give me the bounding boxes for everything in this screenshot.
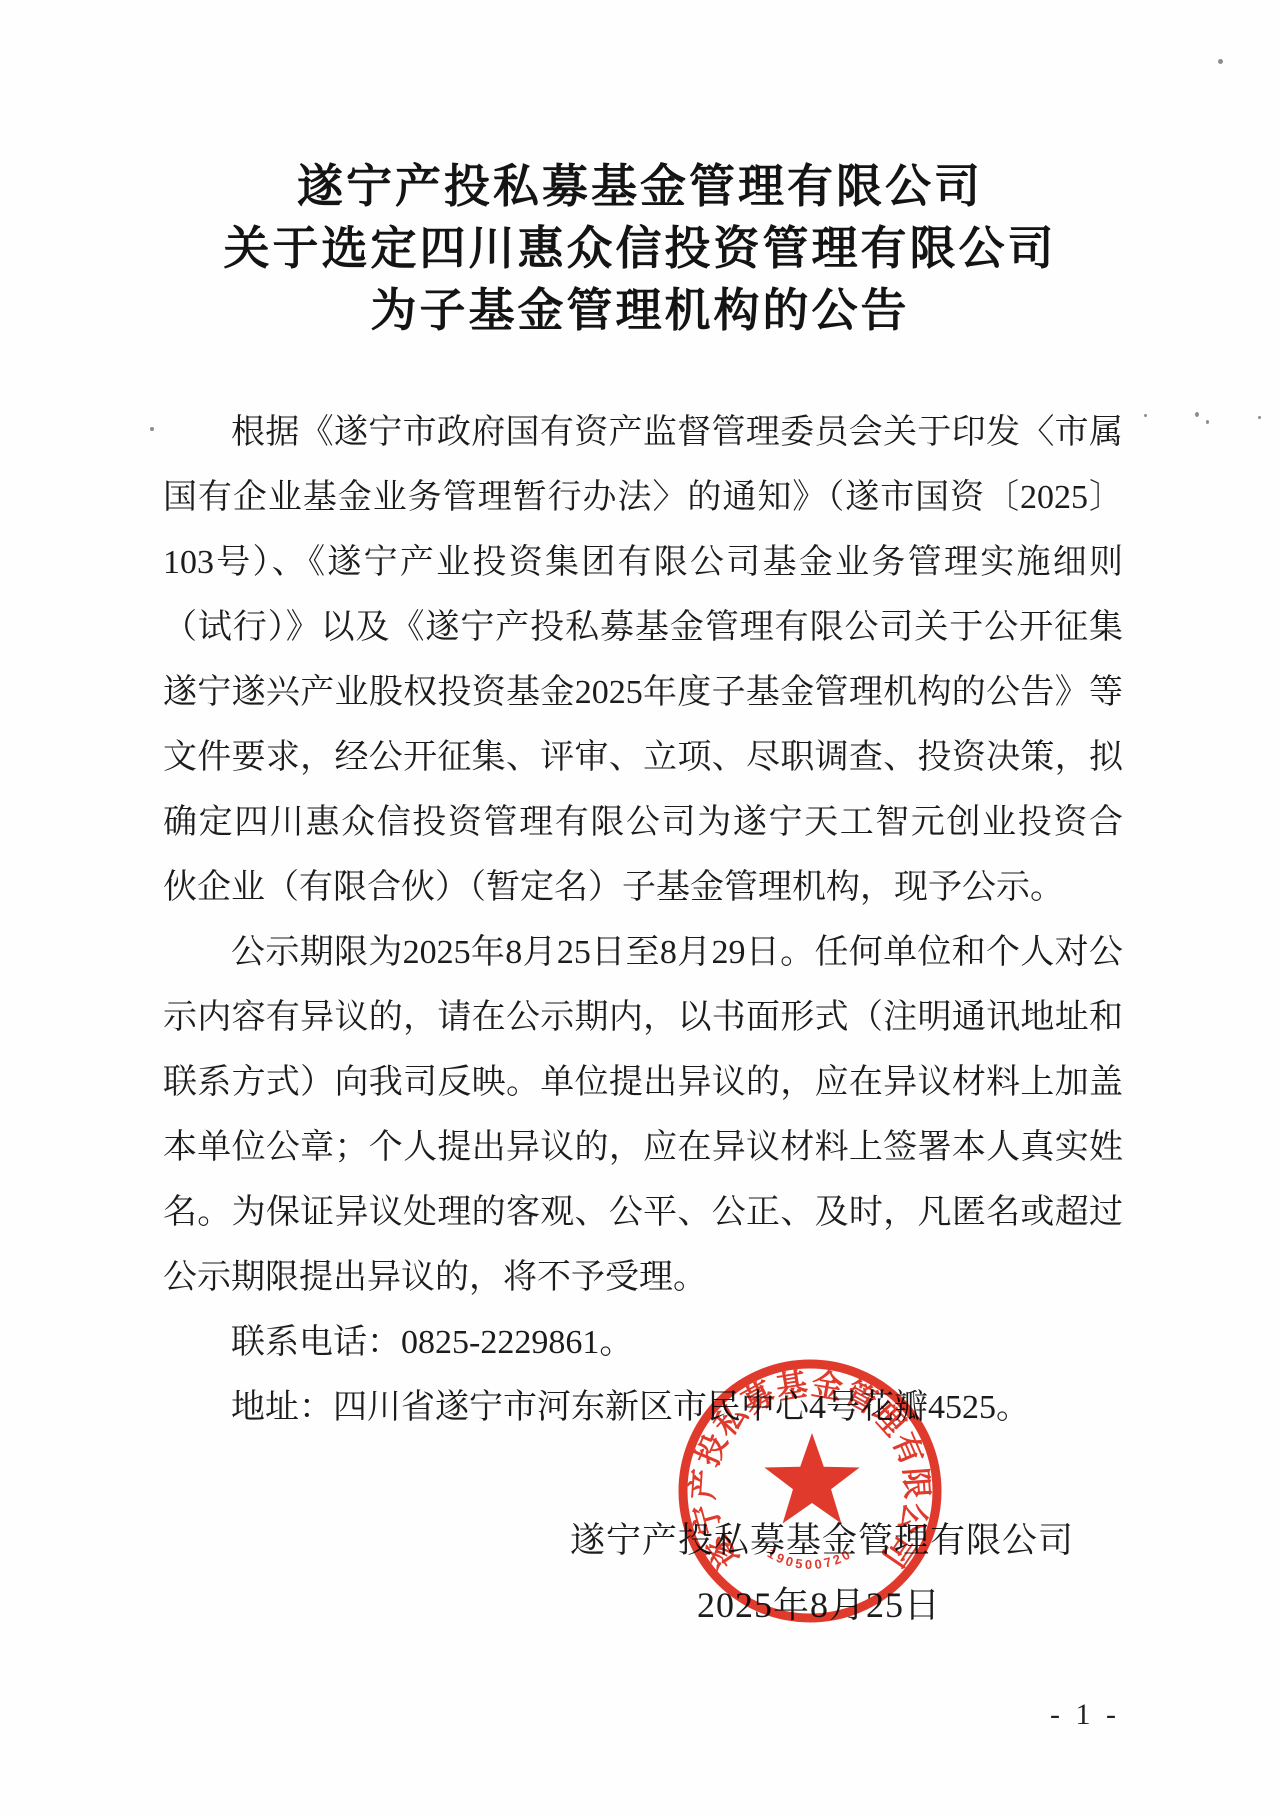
scan-artifact — [150, 427, 154, 431]
official-seal: 遂宁产投私募基金管理有限公司 51905007202 — [675, 1356, 945, 1626]
body-line: 遂宁遂兴产业股权投资基金2025年度子基金管理机构的公告》等 — [163, 660, 1123, 725]
title-line-2: 关于选定四川惠众信投资管理有限公司 — [0, 218, 1280, 280]
body-line: 国有企业基金业务管理暂行办法〉的通知》（遂市国资〔2025〕 — [163, 465, 1123, 530]
body-line: 根据《遂宁市政府国有资产监督管理委员会关于印发〈市属 — [163, 400, 1123, 465]
body-line: 确定四川惠众信投资管理有限公司为遂宁天工智元创业投资合 — [163, 790, 1123, 855]
body-line: 伙企业（有限合伙）（暂定名）子基金管理机构，现予公示。 — [163, 855, 1123, 920]
body-line: 公示期限提出异议的，将不予受理。 — [163, 1245, 1123, 1310]
scan-artifact — [1206, 420, 1209, 424]
scan-artifact — [1218, 59, 1223, 64]
star-icon — [764, 1433, 859, 1524]
scan-artifact — [1144, 414, 1147, 417]
body-line: 103号）、《遂宁产业投资集团有限公司基金业务管理实施细则 — [163, 530, 1123, 595]
title-line-3: 为子基金管理机构的公告 — [0, 280, 1280, 342]
body-line: 示内容有异议的，请在公示期内，以书面形式（注明通讯地址和 — [163, 985, 1123, 1050]
scan-artifact — [1195, 412, 1199, 417]
page-number: - 1 - — [1050, 1698, 1120, 1732]
title-line-1: 遂宁产投私募基金管理有限公司 — [0, 156, 1280, 218]
document-page: 遂宁产投私募基金管理有限公司 关于选定四川惠众信投资管理有限公司 为子基金管理机… — [0, 0, 1280, 1816]
body-line: 联系方式）向我司反映。单位提出异议的，应在异议材料上加盖 — [163, 1050, 1123, 1115]
body-line: （试行）》以及《遂宁产投私募基金管理有限公司关于公开征集 — [163, 595, 1123, 660]
address-line: 地址：四川省遂宁市河东新区市民中心4号花瓣4525。 — [163, 1375, 1123, 1440]
body-line: 文件要求，经公开征集、评审、立项、尽职调查、投资决策，拟 — [163, 725, 1123, 790]
body-line: 名。为保证异议处理的客观、公平、公正、及时，凡匿名或超过 — [163, 1180, 1123, 1245]
scan-artifact — [1258, 416, 1261, 419]
contact-phone-line: 联系电话：0825-2229861。 — [163, 1310, 1123, 1375]
body-line: 公示期限为2025年8月25日至8月29日。任何单位和个人对公 — [163, 920, 1123, 985]
document-body: 根据《遂宁市政府国有资产监督管理委员会关于印发〈市属 国有企业基金业务管理暂行办… — [163, 400, 1123, 1440]
body-line: 本单位公章；个人提出异议的，应在异议材料上签署本人真实姓 — [163, 1115, 1123, 1180]
document-title: 遂宁产投私募基金管理有限公司 关于选定四川惠众信投资管理有限公司 为子基金管理机… — [0, 156, 1280, 342]
